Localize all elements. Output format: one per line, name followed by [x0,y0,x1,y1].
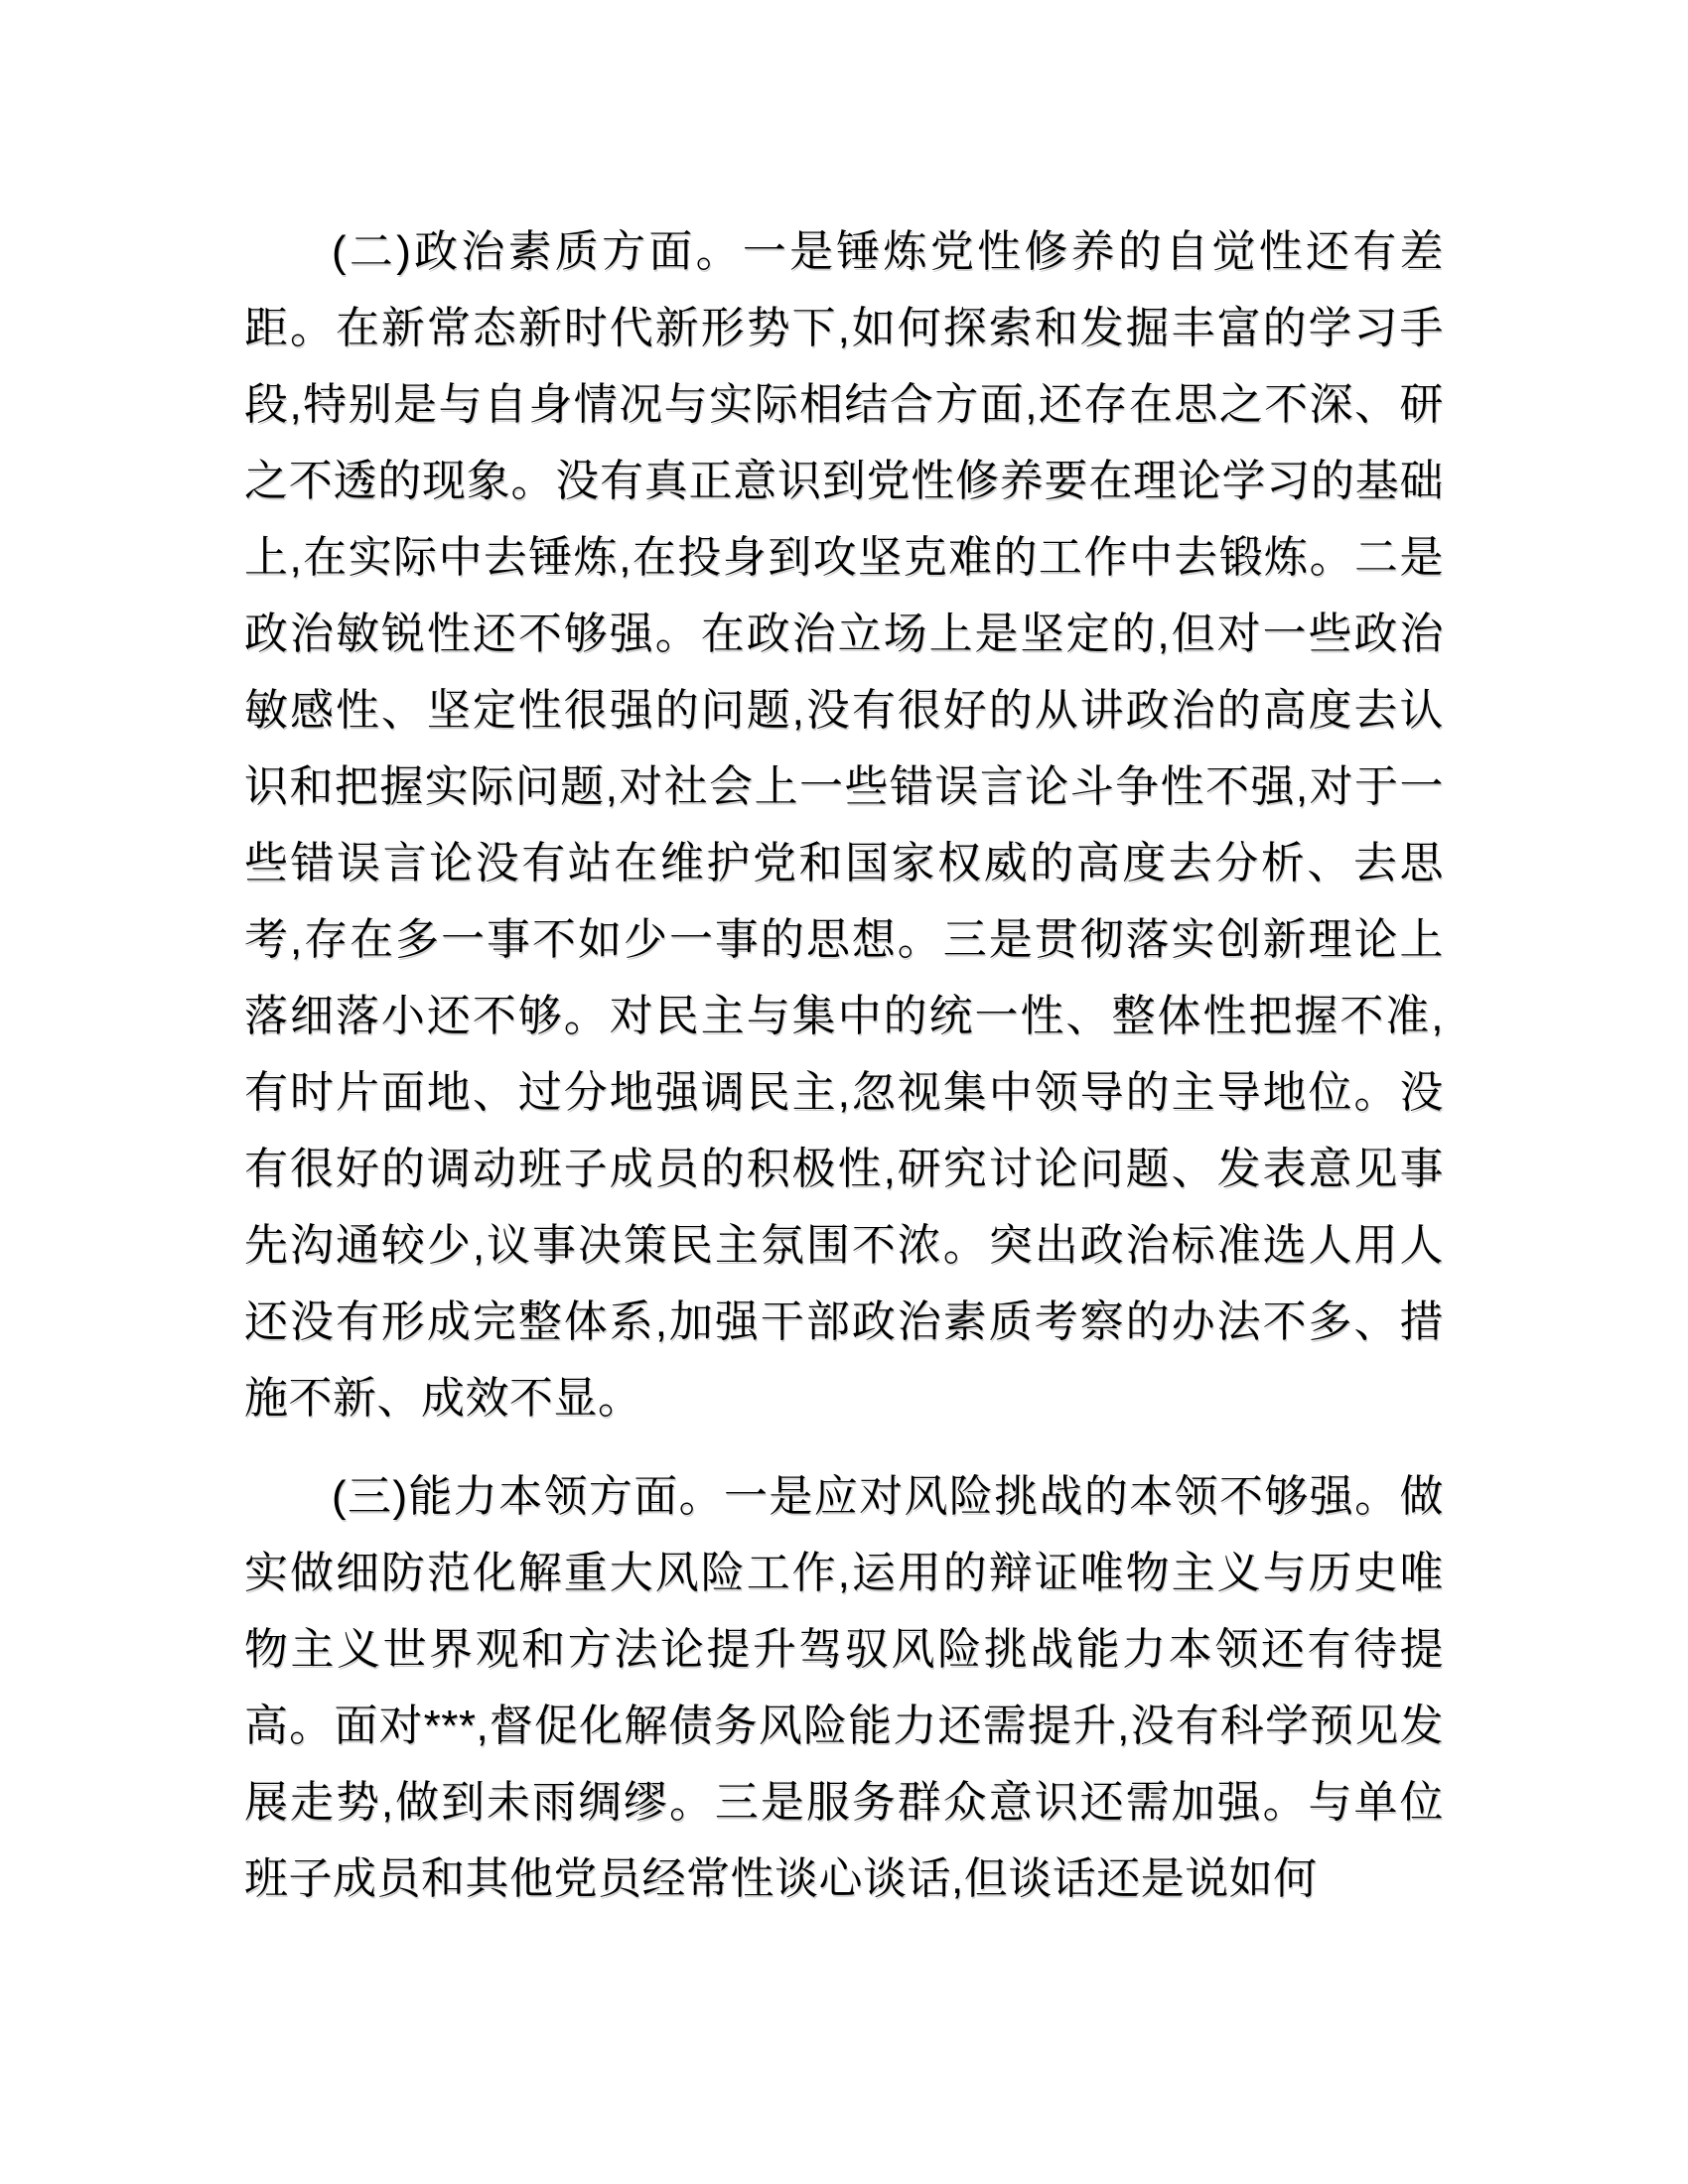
paragraph-section-2-political-quality: (二)政治素质方面。一是锤炼党性修养的自觉性还有差距。在新常态新时代新形势下,如… [244,213,1444,1436]
document-page: (二)政治素质方面。一是锤炼党性修养的自觉性还有差距。在新常态新时代新形势下,如… [0,0,1688,2184]
document-text-block: (二)政治素质方面。一是锤炼党性修养的自觉性还有差距。在新常态新时代新形势下,如… [244,213,1444,1917]
paragraph-section-3-ability: (三)能力本领方面。一是应对风险挑战的本领不够强。做实做细防范化解重大风险工作,… [244,1458,1444,1917]
